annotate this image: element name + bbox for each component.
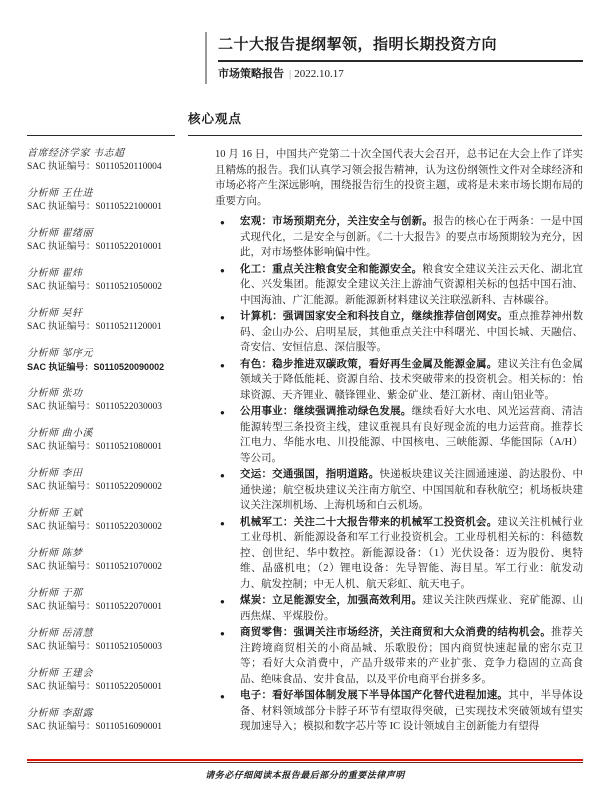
title-divider-line [218,60,583,62]
report-date: 2022.10.17 [294,68,344,80]
analyst-sac-number: SAC 执证编号：S0110521120001 [27,321,195,335]
analyst-entry: 分析师 李田 SAC 执证编号：S0110522090002 [27,467,195,494]
analyst-name: 首席经济学家 韦志超 [27,147,195,161]
footer-rule-red-line [27,759,583,761]
analyst-entry: 分析师 岳清慧 SAC 执证编号：S0110521050003 [27,627,195,654]
analyst-sac-number: SAC 执证编号：S0110522090002 [27,481,195,495]
analyst-entry: 分析师 邹序元 SAC 执证编号：S0110520090002 [27,347,195,374]
analyst-name: 分析师 张功 [27,387,195,401]
key-point-lead: 电子：看好举国体制发展下半导体国产化替代进程加速。 [240,690,508,701]
analyst-entry: 分析师 于那 SAC 执证编号：S0110522070001 [27,587,195,614]
section-title-core-views: 核心观点 [188,109,242,127]
footer-rule [27,759,583,763]
key-point-item: ●商贸零售：强调关注市场经济，关注商贸和大众消费的结构机会。推荐关注跨境商贸相关… [215,625,583,687]
analyst-name: 分析师 翟炜 [27,267,195,281]
analyst-name: 分析师 邹序元 [27,347,195,361]
analyst-sac-number: SAC 执证编号：S0110521050003 [27,641,195,655]
report-subtitle: 市场策略报告|2022.10.17 [218,67,583,82]
key-point-lead: 化工：重点关注粮食安全和能源安全。 [240,264,422,275]
analyst-name: 分析师 曲小溪 [27,427,195,441]
analyst-entry: 分析师 王建会 SAC 执证编号：S0110522050001 [27,667,195,694]
bullet-icon: ● [220,263,225,279]
analyst-entry: 分析师 陈梦 SAC 执证编号：S0110521070002 [27,547,195,574]
analyst-name: 分析师 李甜露 [27,707,195,721]
bullet-icon: ● [220,310,225,326]
report-type-label: 市场策略报告 [218,68,284,80]
sidebar-top-line [27,135,175,136]
analyst-name: 分析师 王仕进 [27,187,195,201]
report-header: 二十大报告提纲挈领，指明长期投资方向 市场策略报告|2022.10.17 [205,32,583,84]
analyst-sac-number: SAC 执证编号：S0110520090002 [27,361,195,375]
analyst-sac-number: SAC 执证编号：S0110522010001 [27,241,195,255]
analyst-sac-number: SAC 执证编号：S0110520110004 [27,161,195,175]
section-underline [188,135,582,136]
analyst-sac-number: SAC 执证编号：S0110522050001 [27,681,195,695]
key-point-item: ●有色：稳步推进双碳政策，看好再生金属及能源金属。建议关注有色金属领域关于降低能… [215,357,583,404]
bullet-icon: ● [220,626,225,642]
analyst-entry: 分析师 曲小溪 SAC 执证编号：S0110521080001 [27,427,195,454]
analyst-name: 分析师 陈梦 [27,547,195,561]
analyst-name: 分析师 于那 [27,587,195,601]
analyst-entry: 首席经济学家 韦志超 SAC 执证编号：S0110520110004 [27,147,195,174]
bullet-icon: ● [220,358,225,374]
bullet-icon: ● [220,405,225,421]
key-point-lead: 公用事业：继续强调推动绿色发展。 [240,406,412,417]
analyst-name: 分析师 李田 [27,467,195,481]
analyst-entry: 分析师 吴轩 SAC 执证编号：S0110521120001 [27,307,195,334]
report-page: { "header": { "title": "二十大报告提纲挈领，指明长期投资… [0,0,600,800]
key-point-item: ●宏观：市场预期充分，关注安全与创新。报告的核心在于两条：一是中国式现代化，二是… [215,214,583,261]
analyst-sac-number: SAC 执证编号：S0110522100001 [27,201,195,215]
analyst-name: 分析师 王建会 [27,667,195,681]
analyst-entry: 分析师 翟炜 SAC 执证编号：S0110521050002 [27,267,195,294]
report-title: 二十大报告提纲挈领，指明长期投资方向 [218,34,583,56]
key-point-item: ●交运：交通强国，指明道路。快递板块建议关注圆通速递、韵达股份、中通快递；航空板… [215,467,583,514]
analyst-name: 分析师 王斌 [27,507,195,521]
key-point-lead: 煤炭：立足能源安全，加强高效利用。 [240,595,422,606]
key-point-item: ●煤炭：立足能源安全，加强高效利用。建议关注陕西煤业、兖矿能源、山西焦煤、平煤股… [215,593,583,624]
core-views-content: 10 月 16 日，中国共产党第二十次全国代表大会召开，总书记在大会上作了详实且… [215,147,583,757]
analyst-name: 分析师 吴轩 [27,307,195,321]
bullet-icon: ● [220,215,225,231]
key-point-lead: 交运：交通强国，指明道路。 [240,469,379,480]
key-point-item: ●化工：重点关注粮食安全和能源安全。粮食安全建议关注云天化、湖北宜化、兴发集团。… [215,262,583,309]
bullet-icon: ● [220,689,225,705]
key-point-lead: 计算机：强调国家安全和科技自立，继续推荐信创网安。 [240,311,508,322]
key-point-item: ●计算机：强调国家安全和科技自立，继续推荐信创网安。重点推荐神州数码、金山办公、… [215,309,583,356]
key-points-list: ●宏观：市场预期充分，关注安全与创新。报告的核心在于两条：一是中国式现代化，二是… [215,214,583,735]
key-point-item: ●机械军工：关注二十大报告带来的机械军工投资机会。建议关注机械行业工业母机、新能… [215,515,583,593]
bullet-icon: ● [220,594,225,610]
bullet-icon: ● [220,468,225,484]
analyst-entry: 分析师 翟绪丽 SAC 执证编号：S0110522010001 [27,227,195,254]
intro-paragraph: 10 月 16 日，中国共产党第二十次全国代表大会召开，总书记在大会上作了详实且… [215,147,583,209]
analyst-entry: 分析师 张功 SAC 执证编号：S0110522030003 [27,387,195,414]
key-point-lead: 宏观：市场预期充分，关注安全与创新。 [240,216,433,227]
analyst-sac-number: SAC 执证编号：S0110521050002 [27,281,195,295]
analyst-sac-number: SAC 执证编号：S0110522030002 [27,521,195,535]
analyst-sidebar: 首席经济学家 韦志超 SAC 执证编号：S0110520110004 分析师 王… [27,147,195,747]
analyst-name: 分析师 翟绪丽 [27,227,195,241]
key-point-lead: 商贸零售：强调关注市场经济，关注商贸和大众消费的结构机会。 [240,627,551,638]
legal-disclaimer: 请务必仔细阅读本报告最后部分的重要法律声明 [27,768,583,781]
bullet-icon: ● [220,516,225,532]
key-point-item: ●电子：看好举国体制发展下半导体国产化替代进程加速。其中，半导体设备、材料领域部… [215,688,583,735]
analyst-entry: 分析师 李甜露 SAC 执证编号：S0110516090001 [27,707,195,734]
analyst-entry: 分析师 王仕进 SAC 执证编号：S0110522100001 [27,187,195,214]
key-point-item: ●公用事业：继续强调推动绿色发展。继续看好大水电、风光运营商、清洁能源转型三条投… [215,404,583,466]
key-point-lead: 机械军工：关注二十大报告带来的机械军工投资机会。 [240,517,497,528]
analyst-sac-number: SAC 执证编号：S0110522030003 [27,401,195,415]
analyst-sac-number: SAC 执证编号：S0110521070002 [27,561,195,575]
key-point-lead: 有色：稳步推进双碳政策，看好再生金属及能源金属。 [240,359,497,370]
analyst-sac-number: SAC 执证编号：S0110521080001 [27,441,195,455]
analyst-entry: 分析师 王斌 SAC 执证编号：S0110522030002 [27,507,195,534]
analyst-sac-number: SAC 执证编号：S0110516090001 [27,721,195,735]
analyst-sac-number: SAC 执证编号：S0110522070001 [27,601,195,615]
analyst-name: 分析师 岳清慧 [27,627,195,641]
subtitle-divider: | [289,68,291,80]
footer-rule-dark-line [27,762,583,763]
